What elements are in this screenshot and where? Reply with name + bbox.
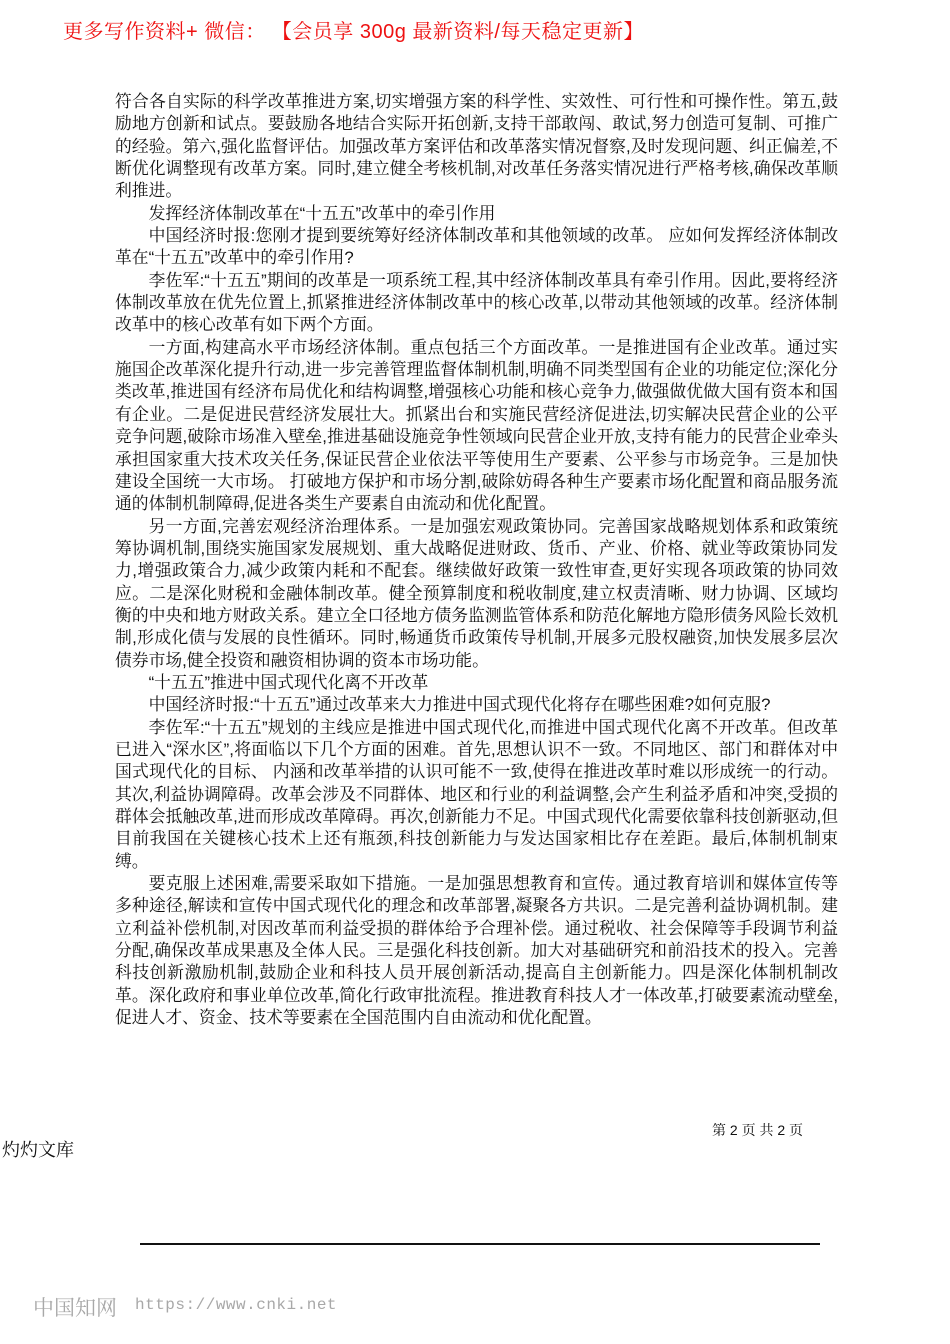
paragraph: 发挥经济体制改革在“十五五”改革中的牵引作用 — [115, 203, 838, 225]
document-body: 符合各自实际的科学改革推进方案,切实增强方案的科学性、实效性、可行性和可操作性。… — [115, 91, 838, 1029]
footer-divider-line — [140, 1243, 820, 1245]
paragraph: 另一方面,完善宏观经济治理体系。一是加强宏观政策协同。完善国家战略规划体系和政策… — [115, 516, 838, 672]
paragraph: 李佐军:“十五五”期间的改革是一项系统工程,其中经济体制改革具有牵引作用。因此,… — [115, 270, 838, 337]
page-number-indicator: 第 2 页 共 2 页 — [712, 1120, 803, 1140]
paragraph: 李佐军:“十五五”规划的主线应是推进中国式现代化,而推进中国式现代化离不开改革。… — [115, 717, 838, 873]
cnki-watermark-url: https://www.cnki.net — [135, 1296, 337, 1314]
document-page: 更多写作资料+ 微信： 【会员享 300g 最新资料/每天稳定更新】 符合各自实… — [0, 0, 950, 1344]
promo-header-text: 更多写作资料+ 微信： 【会员享 300g 最新资料/每天稳定更新】 — [63, 15, 644, 44]
paragraph: 符合各自实际的科学改革推进方案,切实增强方案的科学性、实效性、可行性和可操作性。… — [115, 91, 838, 203]
library-name-label: 灼灼文库 — [2, 1136, 74, 1162]
paragraph: 中国经济时报:“十五五”通过改革来大力推进中国式现代化将存在哪些困难?如何克服? — [115, 694, 838, 716]
paragraph: 一方面,构建高水平市场经济体制。重点包括三个方面改革。一是推进国有企业改革。通过… — [115, 337, 838, 516]
cnki-watermark-label: 中国知网 — [33, 1292, 117, 1322]
paragraph: 要克服上述困难,需要采取如下措施。一是加强思想教育和宣传。通过教育培训和媒体宣传… — [115, 873, 838, 1029]
paragraph: 中国经济时报:您刚才提到要统筹好经济体制改革和其他领域的改革。 应如何发挥经济体… — [115, 225, 838, 270]
paragraph: “十五五”推进中国式现代化离不开改革 — [115, 672, 838, 694]
